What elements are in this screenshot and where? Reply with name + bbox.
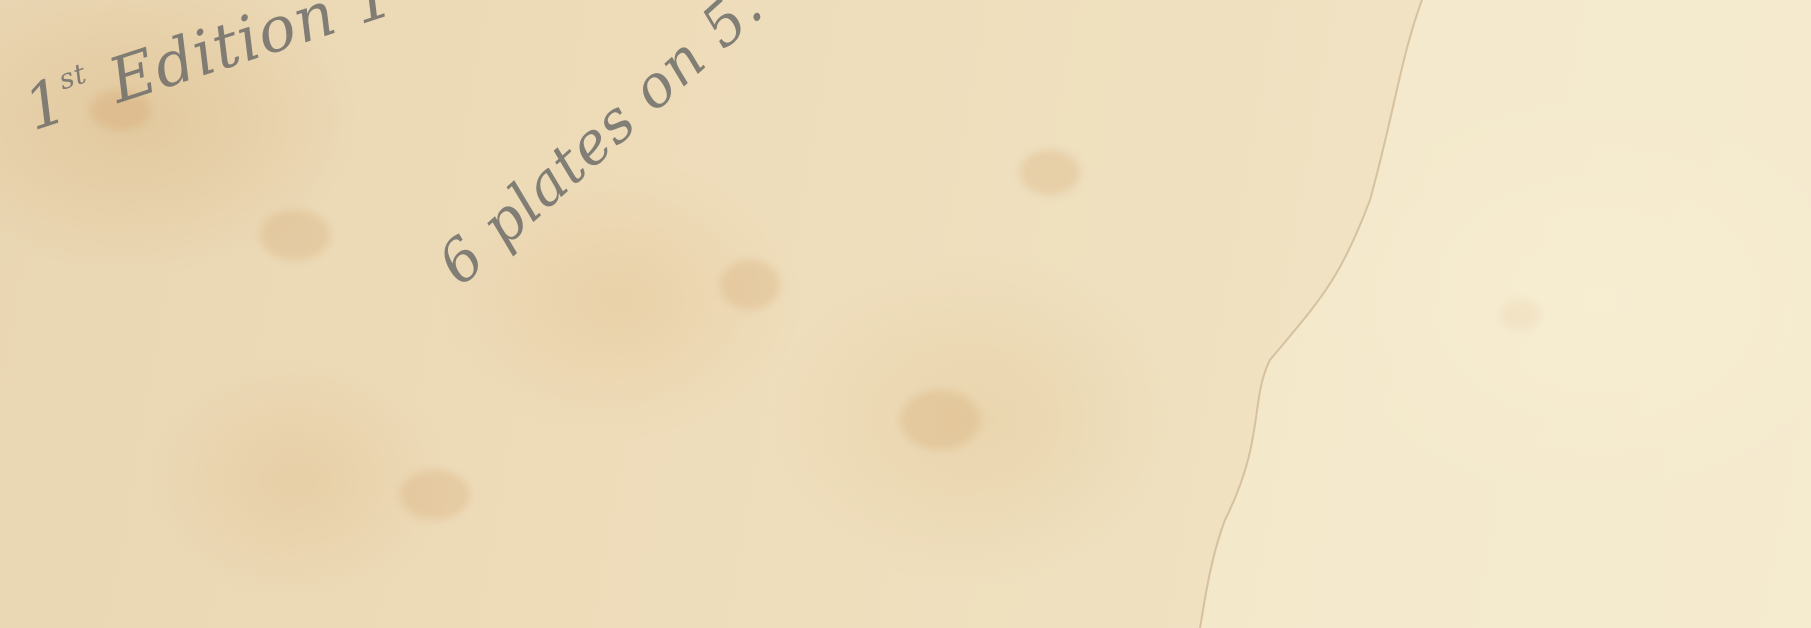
foxing-spot (1020, 150, 1080, 195)
inscription-edition: 1st Edition 1st issue (15, 0, 606, 145)
foxing-spot (400, 470, 470, 520)
foxing-spot (260, 210, 330, 260)
foxing-spot (1500, 300, 1540, 330)
issue-word: issue (426, 0, 606, 11)
paper-sheet: 1st Edition 1st issue 6 plates on 5. (0, 0, 1811, 628)
inscription-plates: 6 plates on 5. (424, 0, 775, 298)
foxing-spot (900, 390, 980, 450)
issue-number: 1 (342, 0, 403, 39)
foxing-spot (720, 260, 780, 310)
edition-word: Edition (100, 0, 345, 118)
